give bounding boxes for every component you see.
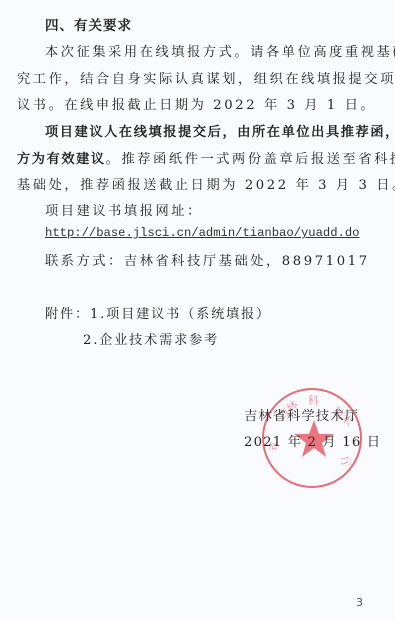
paragraph2-bold-part2: 方为有效建议 [17, 152, 106, 167]
attachment-item-1: 1.项目建议书（系统填报） [90, 307, 271, 322]
paragraph2-rest: 。推荐函纸件一式两份盖章后报送至省科技厅 [106, 152, 395, 167]
page-number: 3 [356, 596, 363, 609]
submission-url-link[interactable]: http://base.jlsci.cn/admin/tianbao/yuadd… [45, 226, 360, 240]
section-heading: 四、有关要求 [45, 14, 132, 34]
svg-text:厅: 厅 [337, 455, 353, 470]
paragraph2-line3: 基础处，推荐函报送截止日期为 2022 年 3 月 3 日。 [17, 174, 395, 193]
paragraph2-line2: 方为有效建议。推荐函纸件一式两份盖章后报送至省科技厅 [17, 148, 395, 167]
url-label: 项目建议书填报网址： [45, 200, 203, 219]
paragraph2-bold-line1: 项目建议人在线填报提交后，由所在单位出具推荐函， [45, 121, 395, 140]
attachments-prefix: 附件： [45, 307, 90, 322]
attachments-list: 附件：1.项目建议书（系统填报） [45, 303, 271, 322]
signature-organization: 吉林省科学技术厅 [244, 405, 359, 424]
paragraph1-line3: 议书。在线申报截止日期为 2022 年 3 月 1 日。 [17, 94, 376, 113]
contact-info: 联系方式：吉林省科技厅基础处，88971017 [45, 250, 370, 269]
attachment-item-2: 2.企业技术需求参考 [83, 329, 219, 348]
paragraph1-line1: 本次征集采用在线填报方式。请各单位高度重视基础研 [45, 41, 395, 60]
paragraph1-line2: 究工作，结合自身实际认真谋划，组织在线填报提交项目建 [17, 68, 395, 87]
signature-date: 2021 年 2 月 16 日 [244, 431, 381, 450]
